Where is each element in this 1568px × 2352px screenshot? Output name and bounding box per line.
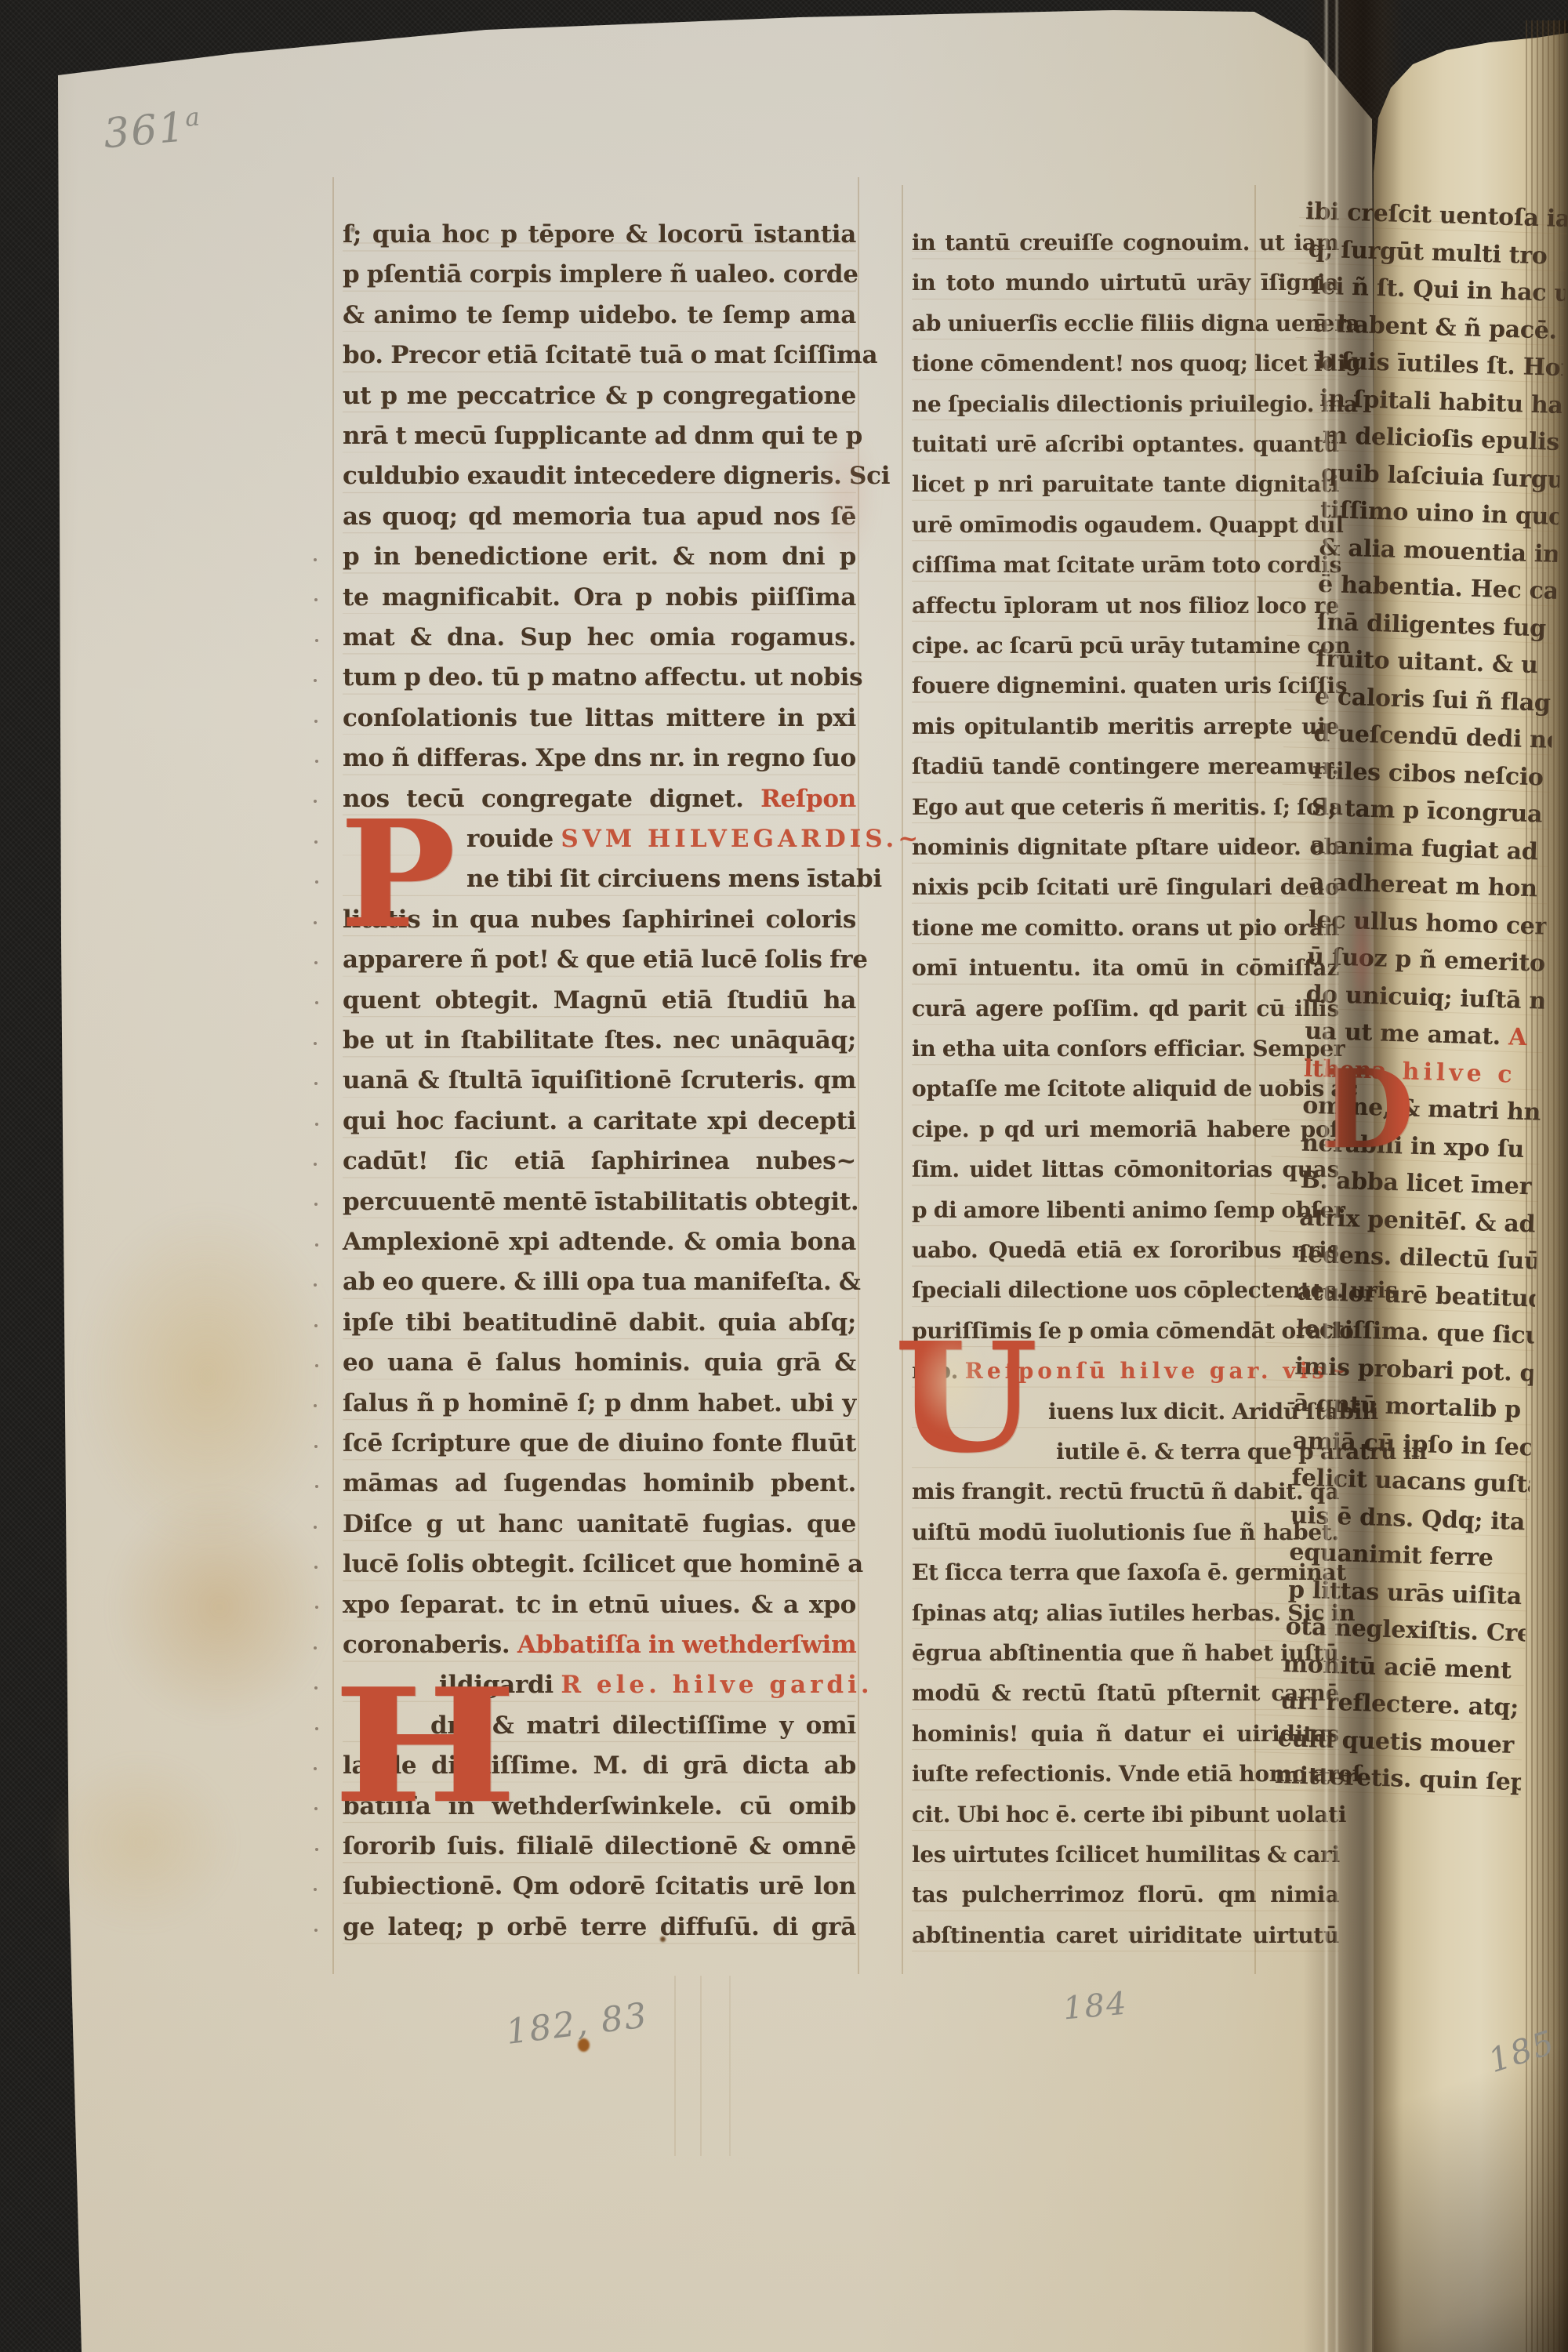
pricking-dot bbox=[315, 1727, 318, 1730]
ink-run: affectu īploram ut nos filioz loco re bbox=[912, 593, 1339, 619]
ink-run: p in benedictione erit. & nom dni p bbox=[343, 543, 856, 571]
text-line: p in benedictione erit. & nom dni p bbox=[343, 537, 856, 577]
text-line: tione me comitto. orans ut pio oran bbox=[912, 908, 1339, 948]
ink-run: les uirtutes ſcilicet humilitas & cari bbox=[912, 1842, 1340, 1867]
decorated-initial-h: H bbox=[332, 1668, 517, 1825]
ink-run: Amplexionē xpi adtende. & omia bona bbox=[343, 1228, 856, 1256]
text-fragment-line: S; tam p īcongrua bbox=[1311, 789, 1543, 833]
text-line: be ut in ſtabilitate ſtes. nec unāquāq; bbox=[343, 1021, 856, 1061]
text-line: in tantū creuiſſe cognouim. ut iam bbox=[912, 223, 1339, 263]
pricking-dot bbox=[314, 558, 317, 561]
ink-run: culū quetis mouer bbox=[1277, 1725, 1514, 1759]
pricking-dot bbox=[314, 1042, 317, 1045]
rubric-run: SVM HILVEGARDIS.~ bbox=[561, 825, 922, 853]
ink-run: ſubiectionē. Qm odorē ſcitatis urē lon bbox=[343, 1872, 856, 1900]
text-line: lucē ſolis obtegit. ſcilicet que hominē … bbox=[343, 1544, 856, 1584]
pricking-dot bbox=[315, 1364, 318, 1367]
pricking-dot bbox=[314, 720, 318, 723]
rubric-run: Reſpon bbox=[760, 785, 856, 813]
text-line: qui hoc faciunt. a caritate xpi decepti bbox=[343, 1102, 856, 1142]
text-line: culdubio exaudit intecedere digneris. Sc… bbox=[343, 456, 856, 496]
ink-run: ab uniuerſis ecclie filiis digna uenera bbox=[912, 310, 1359, 336]
folio-number-annotation: 361a bbox=[102, 103, 205, 158]
ink-run: ciſſima mat ſcitate urām toto cordis bbox=[912, 552, 1341, 578]
ink-run: p littas urās uiſita bbox=[1288, 1576, 1523, 1610]
text-line: percuuentē mentē īstabilitatis obtegit. bbox=[343, 1182, 856, 1222]
text-line: mat & dna. Sup hec omia rogamus. bbox=[343, 618, 856, 658]
ink-run: felicit uacans guſta bbox=[1291, 1464, 1543, 1498]
text-line: & animo te ſemp uidebo. te ſemp ama bbox=[343, 296, 856, 336]
ink-run: tiſſimo uino in quo bbox=[1319, 496, 1564, 531]
ink-run: equanimit ferre bbox=[1289, 1538, 1494, 1572]
ruling-line-col2-left bbox=[902, 185, 903, 1974]
ruling-line-extension bbox=[729, 1976, 731, 2156]
text-line: māmas ad ſugendas hominib pbent. bbox=[343, 1464, 856, 1504]
ink-run: quib laſciuia ſurgu bbox=[1321, 459, 1565, 493]
pricking-dot bbox=[314, 840, 318, 844]
pricking-dot bbox=[314, 1163, 317, 1166]
text-line: urē omīmodis ogaudem. Quappt dul bbox=[912, 505, 1339, 545]
ink-run: ſ; quia hoc p tēpore & locorū īstantia bbox=[343, 220, 856, 249]
text-fragment-line: mitteretis. quin ſep bbox=[1274, 1757, 1527, 1802]
ink-run: urē omīmodis ogaudem. Quappt dul bbox=[912, 512, 1344, 538]
ink-run: nrā t mecū ſupplicante ad dnm qui te p bbox=[343, 422, 862, 450]
text-line: ab eo quere. & illi opa tua manifeſta. & bbox=[343, 1262, 856, 1302]
text-line: mis opitulantib meritis arrepte uie bbox=[912, 706, 1339, 746]
ink-run: a adhereat m hon bbox=[1308, 869, 1537, 903]
text-line: fouere dignemini. quaten uris ſciſſis bbox=[912, 666, 1339, 706]
text-line: ciſſima mat ſcitate urām toto cordis bbox=[912, 545, 1339, 585]
manuscript-photo: { "colors": { "background": "#1d1c1a", "… bbox=[0, 0, 1568, 2352]
pricking-dot bbox=[315, 760, 318, 763]
pricking-dot bbox=[315, 1848, 318, 1851]
ink-run: ſedens. dilectū ſuū bbox=[1298, 1241, 1541, 1276]
text-line: quent obtegit. Magnū etiā ſtudiū ha bbox=[343, 981, 856, 1021]
text-line: omī intuentu. ita omū in cōmiſſaz bbox=[912, 948, 1339, 988]
text-line: tas pulcherrimoz florū. qm nimia bbox=[912, 1875, 1339, 1915]
ink-run: q; ſurgūt multi tro bbox=[1308, 235, 1548, 270]
rubric-run: hilve c bbox=[1402, 1058, 1516, 1088]
text-line: affectu īploram ut nos filioz loco re bbox=[912, 586, 1339, 626]
ink-run: fouere dignemini. quaten uris ſciſſis bbox=[912, 673, 1347, 699]
ink-run: p pſentiā corpis implere ñ ualeo. corde bbox=[343, 260, 858, 289]
text-line: ſcē ſcripture que de diuino fonte fluūt bbox=[343, 1424, 856, 1464]
ink-run: ut p me peccatrice & p congregatione bbox=[343, 382, 856, 410]
ink-run: amiā cū ipſo in ſecr bbox=[1292, 1427, 1545, 1462]
ink-run: cadūt! ſic etiā ſaphirinea nubes~ bbox=[343, 1147, 856, 1175]
ink-run: ſtadiū tandē contingere mereamur. bbox=[912, 753, 1339, 779]
text-line: cipe. ac ſcarū pcū urāy tutamine con bbox=[912, 626, 1339, 666]
pricking-dot bbox=[315, 639, 318, 642]
text-line: les uirtutes ſcilicet humilitas & cari bbox=[912, 1835, 1339, 1875]
text-line: ut p me peccatrice & p congregatione bbox=[343, 376, 856, 416]
ink-run: conſolationis tue littas mittere in pxi bbox=[343, 704, 856, 732]
ink-run: ibi creſcit uentoſa ia bbox=[1305, 198, 1568, 233]
ink-run: ſalus ñ p hominē ſ; p dnm habet. ubi y bbox=[343, 1389, 856, 1417]
text-line: ſalus ñ p hominē ſ; p dnm habet. ubi y bbox=[343, 1384, 856, 1424]
ink-run: ge lateq; p orbē terre diffuſū. di grā bbox=[343, 1913, 856, 1941]
text-line: Amplexionē xpi adtende. & omia bona bbox=[343, 1222, 856, 1262]
text-line: as quoq; qd memoria tua apud nos ſē bbox=[343, 497, 856, 537]
ink-run: monitū aciē ment bbox=[1283, 1650, 1512, 1685]
ink-run: d ueſcendū dedi no bbox=[1313, 720, 1563, 754]
text-line: ſtadiū tandē contingere mereamur. bbox=[912, 746, 1339, 786]
text-line: xpo ſeparat. tc in etnū uiues. & a xpo bbox=[343, 1585, 856, 1625]
ink-run: ā habent & ñ pacē. at bbox=[1314, 310, 1568, 345]
ink-run: tuitati urē aſcribi optantes. quantū bbox=[912, 431, 1339, 457]
rubric-run: Abbatiſſa in wethderſwim bbox=[517, 1631, 857, 1659]
page-number-annotation-right: 184 bbox=[1062, 1985, 1129, 2027]
ink-run: imis probari pot. qu bbox=[1294, 1352, 1553, 1388]
text-line: mo ñ differas. Xpe dns nr. in regno ſuo bbox=[343, 739, 856, 779]
text-line: tuitati urē aſcribi optantes. quantū bbox=[912, 424, 1339, 464]
pricking-dot bbox=[314, 961, 318, 964]
text-line: ge lateq; p orbē terre diffuſū. di grā bbox=[343, 1907, 856, 1947]
text-line: bo. Precor etiā ſcitatē tuā o mat ſciſſi… bbox=[343, 336, 856, 376]
text-line: abſtinentia caret uiriditate uirtutū bbox=[912, 1915, 1339, 1955]
text-line: p pſentiā corpis implere ñ ualeo. corde bbox=[343, 255, 856, 295]
ink-run: rouide bbox=[466, 825, 561, 853]
text-fragment-line: equanimit ferre bbox=[1289, 1534, 1494, 1577]
pricking-dot bbox=[314, 921, 317, 924]
pricking-dot bbox=[314, 1646, 317, 1650]
ink-run: tione cōmendent! nos quoq; licet īdig bbox=[912, 350, 1360, 376]
ink-run: in toto mundo uirtutū urāy īſignia bbox=[912, 270, 1339, 296]
text-line: tione cōmendent! nos quoq; licet īdig bbox=[912, 343, 1339, 383]
rubric-run: A bbox=[1508, 1023, 1527, 1051]
ink-run: ū ſuoz p ñ emerito bbox=[1307, 943, 1546, 978]
text-fragment-line: a adhereat m hon bbox=[1308, 864, 1537, 908]
ink-speck bbox=[660, 1936, 666, 1942]
ink-run: uanā & ſtultā īquiſitionē ſcruteris. qm bbox=[343, 1066, 856, 1094]
text-line: Ego aut que ceteris ñ meritis. ſ; ſola bbox=[912, 787, 1339, 827]
ink-run: omī intuentu. ita omū in cōmiſſaz bbox=[912, 955, 1339, 981]
ink-run: ā qntū mortalib p bbox=[1294, 1389, 1522, 1424]
text-line: uanā & ſtultā īquiſitionē ſcruteris. qm bbox=[343, 1061, 856, 1101]
ink-run: ſci ñ ſt. Qui in hac u bbox=[1311, 272, 1568, 307]
ink-run: lucē ſolis obtegit. ſcilicet que hominē … bbox=[343, 1550, 863, 1578]
text-fragment-line: ā qntū mortalib p bbox=[1293, 1385, 1521, 1428]
pricking-dot bbox=[315, 1123, 318, 1126]
text-fragment-line: ſnā diligentes fug bbox=[1316, 603, 1546, 647]
ink-run: culdubio exaudit intecedere digneris. Sc… bbox=[343, 462, 890, 490]
pricking-dot bbox=[314, 1767, 317, 1770]
ink-speck bbox=[350, 227, 355, 232]
ink-run: mis opitulantib meritis arrepte uie bbox=[912, 713, 1339, 739]
pricking-dot bbox=[314, 1566, 318, 1569]
ink-run: do unicuiq; iuſtā n bbox=[1305, 980, 1546, 1014]
ink-run: in ſpitali habitu hab bbox=[1319, 384, 1568, 419]
decorated-initial-u: U bbox=[894, 1323, 1038, 1474]
ink-run: nominis dignitate pſtare uideor. ob bbox=[912, 834, 1339, 860]
ink-run: tione me comitto. orans ut pio oran bbox=[912, 915, 1339, 941]
ink-run: te magnificabit. Ora p nobis piiſſima bbox=[343, 583, 856, 612]
text-line: eo uana ē ſalus hominis. quia grā & bbox=[343, 1343, 856, 1383]
ink-run: Ego aut que ceteris ñ meritis. ſ; ſola bbox=[912, 794, 1343, 820]
ink-run: b ſuis īutiles ſt. Hom bbox=[1316, 347, 1568, 383]
ink-run: eo uana ē ſalus hominis. quia grā & bbox=[343, 1348, 856, 1377]
text-line: Diſce g ut hanc uanitatē fugias. que bbox=[343, 1504, 856, 1544]
text-line: conſolationis tue littas mittere in pxi bbox=[343, 699, 856, 739]
rubric-run: R ele. hilve gardi. bbox=[561, 1671, 873, 1699]
ruling-line-extension bbox=[700, 1976, 702, 2156]
ink-run: mitteretis. quin ſep bbox=[1275, 1762, 1527, 1797]
text-line: tum p deo. tū p matno affectu. ut nobis bbox=[343, 658, 856, 698]
text-line: te magnificabit. Ora p nobis piiſſima bbox=[343, 578, 856, 618]
facing-page-text-column: ibi creſcit uentoſa iaq; ſurgūt multi tr… bbox=[1252, 193, 1568, 1809]
pricking-dot bbox=[314, 1526, 317, 1529]
pricking-dot bbox=[314, 1324, 318, 1327]
ink-run: xpo ſeparat. tc in etnū uiues. & a xpo bbox=[343, 1591, 856, 1619]
ink-run: ē habentia. Hec caſt bbox=[1318, 571, 1568, 606]
ink-run: cipe. ac ſcarū pcū urāy tutamine con bbox=[912, 633, 1350, 659]
pricking-dot bbox=[314, 1929, 318, 1932]
ink-run: uis ē dns. Qdq; ita ē bbox=[1290, 1501, 1548, 1537]
folio-number: 361 bbox=[102, 103, 188, 158]
text-fragment-line: a anima fugiat ad bbox=[1310, 826, 1539, 870]
ink-run: ne ſpecialis dilectionis priuilegio. ma bbox=[912, 391, 1358, 417]
ink-run: bo. Precor etiā ſcitatē tuā o mat ſciſſi… bbox=[343, 341, 877, 369]
ink-run: in tantū creuiſſe cognouim. ut iam bbox=[912, 230, 1339, 256]
ink-run: tas pulcherrimoz florū. qm nimia bbox=[912, 1882, 1339, 1907]
ink-run: a anima fugiat ad bbox=[1310, 831, 1538, 866]
ink-run: atrix penitēſ. & ad bbox=[1299, 1203, 1536, 1238]
pricking-dot bbox=[315, 1243, 318, 1247]
text-line: ne ſpecialis dilectionis priuilegio. ma bbox=[912, 384, 1339, 424]
folio-suffix: a bbox=[184, 103, 203, 132]
text-line: ſ; quia hoc p tēpore & locorū īstantia bbox=[343, 215, 856, 255]
ink-run: mo ñ differas. Xpe dns nr. in regno ſuo bbox=[343, 744, 856, 772]
ink-run: & alia mouentia in bbox=[1319, 533, 1560, 568]
text-fragment-line: rtiles cibos neſcio bbox=[1312, 752, 1544, 796]
ink-run: be ut in ſtabilitate ſtes. nec unāquāq; bbox=[343, 1026, 856, 1054]
ink-run: abſtinentia caret uiriditate uirtutū bbox=[912, 1922, 1339, 1948]
ink-run: fruito uitant. & u bbox=[1316, 645, 1538, 679]
ink-run: nixis pcib ſcitati urē ſingulari deuo bbox=[912, 874, 1339, 900]
ink-run: cit. Ubi hoc ē. certe ibi pibunt uolati bbox=[912, 1802, 1346, 1828]
ink-run: ab eo quere. & illi opa tua manifeſta. & bbox=[343, 1268, 861, 1296]
ink-run: lectiſſima. que ſicut bbox=[1295, 1315, 1552, 1350]
ink-run: atulor urē beatitud bbox=[1297, 1278, 1545, 1312]
ink-run: e caloris ſui ñ flag bbox=[1314, 682, 1551, 717]
text-line: ſubiectionē. Qm odorē ſcitatis urē lon bbox=[343, 1867, 856, 1907]
text-line: in toto mundo uirtutū urāy īſignia bbox=[912, 263, 1339, 303]
text-line: ipſe tibi beatitudinē dabit. quia abſq; bbox=[343, 1303, 856, 1343]
text-line: nixis pcib ſcitati urē ſingulari deuo bbox=[912, 867, 1339, 907]
ink-run: lec ullus homo cert bbox=[1308, 906, 1558, 940]
text-line: nrā t mecū ſupplicante ad dnm qui te p bbox=[343, 416, 856, 456]
text-line: ab uniuerſis ecclie filiis digna uenera bbox=[912, 303, 1339, 343]
ink-run: ſcē ſcripture que de diuino fonte fluūt bbox=[343, 1429, 856, 1457]
ink-run: S; tam p īcongrua bbox=[1311, 794, 1542, 829]
ink-run: percuuentē mentē īstabilitatis obtegit. bbox=[343, 1188, 858, 1216]
text-fragment-line: fruito uitant. & u bbox=[1316, 641, 1539, 684]
ink-run: qui hoc faciunt. a caritate xpi decepti bbox=[343, 1107, 856, 1135]
ink-run: ſnā diligentes fug bbox=[1316, 608, 1546, 642]
decorated-initial-d: D bbox=[1320, 1055, 1414, 1163]
ink-run: & animo te ſemp uidebo. te ſemp ama bbox=[343, 301, 856, 329]
ink-run: mat & dna. Sup hec omia rogamus. bbox=[343, 623, 856, 652]
ink-run: rtiles cibos neſcio bbox=[1312, 757, 1544, 791]
decorated-initial-p: P bbox=[339, 801, 456, 949]
ink-run: otā neglexiſtis. Cre bbox=[1285, 1613, 1532, 1647]
text-line: licet p nri paruitate tante dignitati bbox=[912, 464, 1339, 504]
ink-run: uri reflectere. atq; bbox=[1279, 1687, 1519, 1722]
ink-run: as quoq; qd memoria tua apud nos ſē bbox=[343, 503, 856, 531]
ink-run: quent obtegit. Magnū etiā ſtudiū ha bbox=[343, 986, 856, 1014]
ink-run: ipſe tibi beatitudinē dabit. quia abſq; bbox=[343, 1308, 856, 1337]
ink-run: māmas ad ſugendas hominib pbent. bbox=[343, 1469, 856, 1497]
ink-run: Diſce g ut hanc uanitatē fugias. que bbox=[343, 1510, 856, 1538]
text-line: cadūt! ſic etiā ſaphirinea nubes~ bbox=[343, 1142, 856, 1181]
pricking-dot bbox=[314, 1445, 318, 1448]
ink-run: tum p deo. tū p matno affectu. ut nobis bbox=[343, 663, 862, 691]
ink-run: m delicioſis epulis ī bbox=[1322, 422, 1568, 457]
ruling-line-extension bbox=[674, 1976, 676, 2156]
text-fragment-line: monitū aciē ment bbox=[1283, 1646, 1512, 1690]
text-line: nominis dignitate pſtare uideor. ob bbox=[912, 827, 1339, 867]
ink-run: licet p nri paruitate tante dignitati bbox=[912, 471, 1339, 497]
ink-run: ne tibi ſit circiuens mens īstabi bbox=[466, 865, 882, 893]
